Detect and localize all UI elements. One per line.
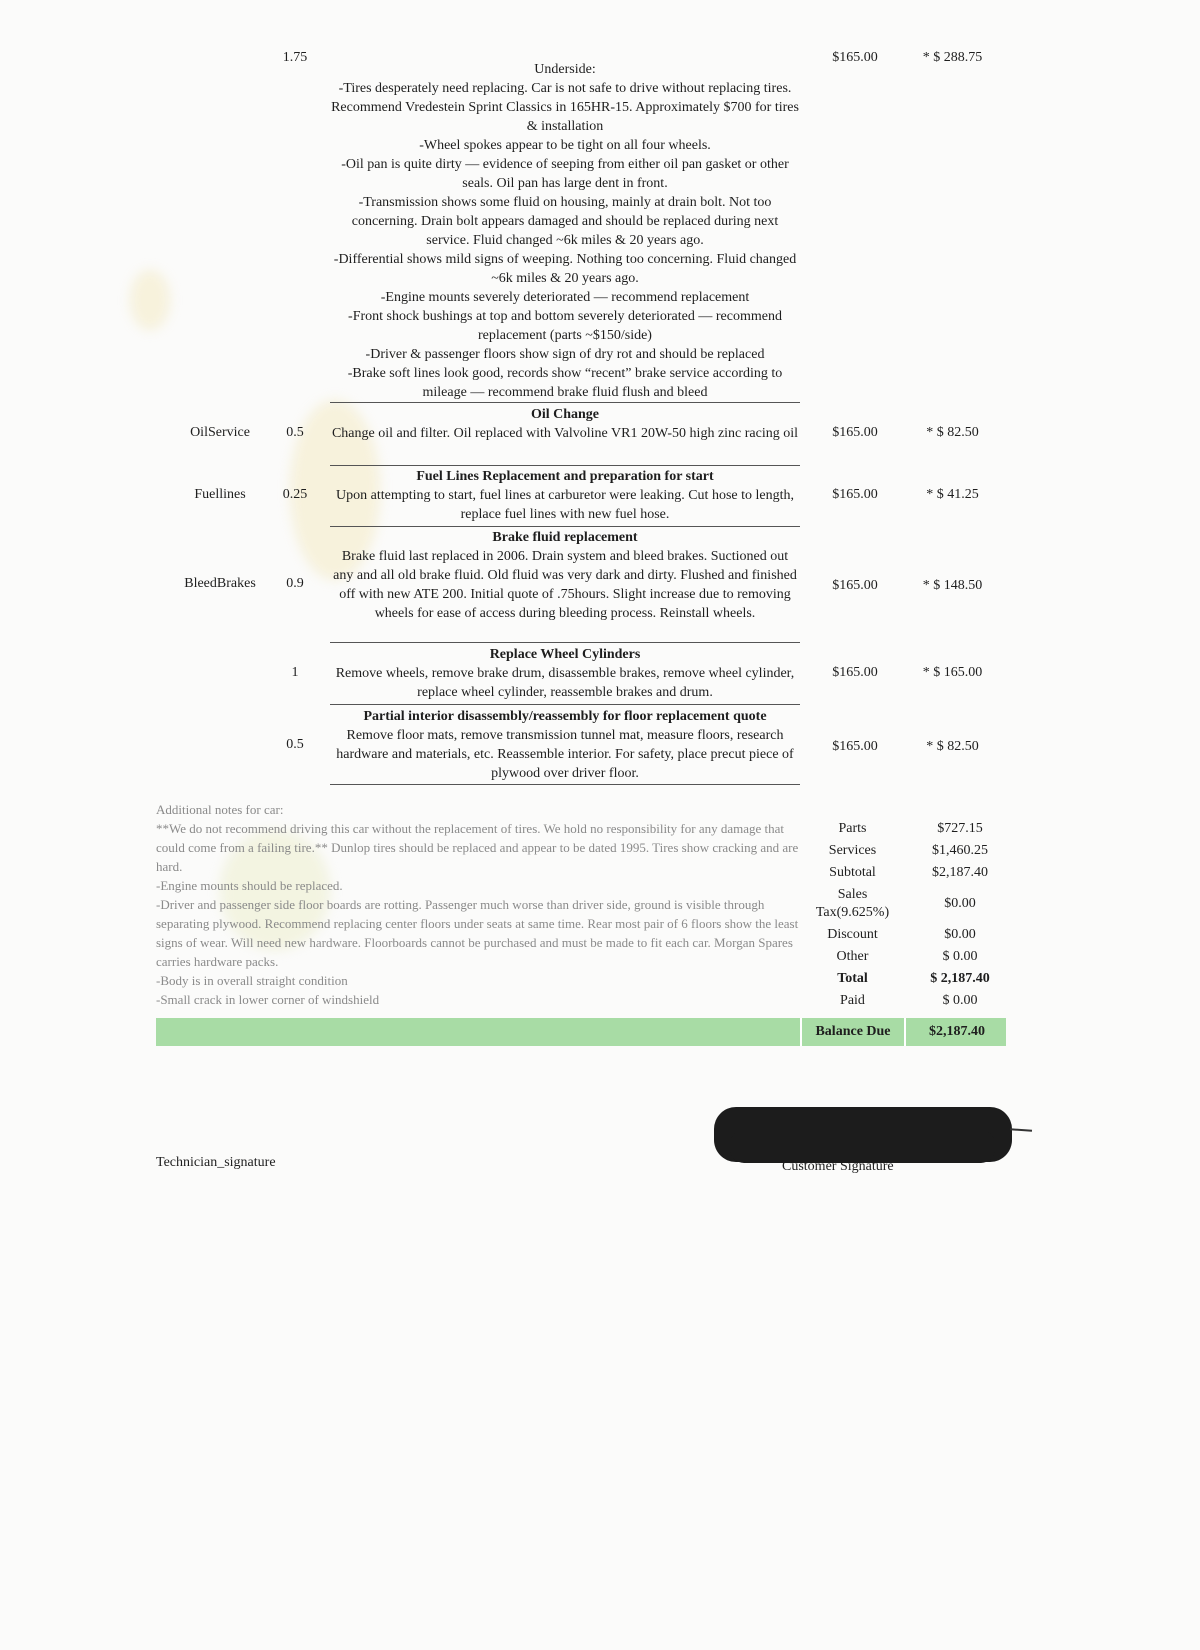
redaction-mark — [1010, 1128, 1032, 1132]
item-rate: $165.00 — [810, 487, 900, 503]
balance-due-label: Balance Due — [800, 1018, 904, 1046]
parts-label: Parts — [800, 821, 905, 837]
desc-line: -Engine mounts severely deteriorated — r… — [330, 288, 800, 307]
item-amount: * $ 165.00 — [905, 665, 1000, 681]
stain — [130, 270, 170, 330]
balance-due-value: $2,187.40 — [904, 1018, 1008, 1046]
desc-line: -Brake soft lines look good, records sho… — [330, 364, 800, 402]
item-title: Brake fluid replacement — [330, 528, 800, 547]
divider — [330, 642, 800, 643]
technician-signature-label: Technician_signature — [156, 1155, 276, 1171]
note-line: -Engine mounts should be replaced. — [156, 876, 806, 895]
item-description: Brake fluid replacement Brake fluid last… — [330, 528, 800, 623]
item-amount: * $ 82.50 — [905, 425, 1000, 441]
desc-line: -Transmission shows some fluid on housin… — [330, 193, 800, 250]
item-rate: $165.00 — [810, 425, 900, 441]
item-description: Oil Change Change oil and filter. Oil re… — [330, 405, 800, 443]
item-hours: 0.25 — [270, 487, 320, 503]
totals-row-paid: Paid $ 0.00 — [800, 990, 1015, 1012]
item-hours: 0.5 — [270, 425, 320, 441]
item-code: BleedBrakes — [160, 576, 280, 592]
item-hours: 0.5 — [270, 737, 320, 753]
desc-line: Brake fluid last replaced in 2006. Drain… — [330, 547, 800, 623]
item-amount: * $ 288.75 — [905, 50, 1000, 66]
note-line: -Small crack in lower corner of windshie… — [156, 990, 806, 1009]
note-line: -Driver and passenger side floor boards … — [156, 895, 806, 971]
total-label: Total — [800, 971, 905, 987]
desc-line: -Front shock bushings at top and bottom … — [330, 307, 800, 345]
item-description: Fuel Lines Replacement and preparation f… — [330, 467, 800, 524]
item-hours: 1.75 — [270, 50, 320, 66]
item-description: Partial interior disassembly/reassembly … — [330, 707, 800, 783]
totals-row-subtotal: Subtotal $2,187.40 — [800, 862, 1015, 884]
desc-line: Upon attempting to start, fuel lines at … — [330, 486, 800, 524]
item-title: Replace Wheel Cylinders — [330, 645, 800, 664]
item-amount: * $ 82.50 — [905, 739, 1000, 755]
note-line: -Body is in overall straight condition — [156, 971, 806, 990]
other-label: Other — [800, 949, 905, 965]
desc-line: Change oil and filter. Oil replaced with… — [330, 424, 800, 443]
item-title: Fuel Lines Replacement and preparation f… — [330, 467, 800, 486]
desc-line: Remove wheels, remove brake drum, disass… — [330, 664, 800, 702]
totals-row-tax: Sales Tax(9.625%) $0.00 — [800, 884, 1015, 924]
tax-value: $0.00 — [905, 895, 1015, 913]
divider — [330, 402, 800, 403]
parts-value: $727.15 — [905, 821, 1015, 837]
totals-table: Parts $727.15 Services $1,460.25 Subtota… — [800, 818, 1015, 1012]
tax-label-line: Sales — [800, 886, 905, 904]
desc-line: -Differential shows mild signs of weepin… — [330, 250, 800, 288]
redaction-mark — [730, 1130, 995, 1163]
subtotal-value: $2,187.40 — [905, 865, 1015, 881]
additional-notes: Additional notes for car: **We do not re… — [156, 800, 806, 1009]
other-value: $ 0.00 — [905, 949, 1015, 965]
note-line: **We do not recommend driving this car w… — [156, 819, 806, 876]
item-amount: * $ 41.25 — [905, 487, 1000, 503]
divider — [330, 704, 800, 705]
item-hours: 0.9 — [270, 576, 320, 592]
desc-line: -Tires desperately need replacing. Car i… — [330, 79, 800, 136]
item-rate: $165.00 — [810, 578, 900, 594]
subtotal-label: Subtotal — [800, 865, 905, 881]
item-amount: * $ 148.50 — [905, 578, 1000, 594]
desc-line: Underside: — [330, 60, 800, 79]
desc-line: -Driver & passenger floors show sign of … — [330, 345, 800, 364]
discount-label: Discount — [800, 927, 905, 943]
tax-label-line: Tax(9.625%) — [800, 904, 905, 922]
divider — [330, 465, 800, 466]
totals-row-discount: Discount $0.00 — [800, 924, 1015, 946]
totals-row-services: Services $1,460.25 — [800, 840, 1015, 862]
item-title: Partial interior disassembly/reassembly … — [330, 707, 800, 726]
desc-line: -Oil pan is quite dirty — evidence of se… — [330, 155, 800, 193]
item-code: OilService — [160, 425, 280, 441]
divider — [330, 526, 800, 527]
desc-line: -Wheel spokes appear to be tight on all … — [330, 136, 800, 155]
item-hours: 1 — [270, 665, 320, 681]
tax-label: Sales Tax(9.625%) — [800, 886, 905, 922]
services-label: Services — [800, 843, 905, 859]
notes-heading: Additional notes for car: — [156, 800, 806, 819]
desc-line: Remove floor mats, remove transmission t… — [330, 726, 800, 783]
item-rate: $165.00 — [810, 665, 900, 681]
totals-row-total: Total $ 2,187.40 — [800, 968, 1015, 990]
totals-row-other: Other $ 0.00 — [800, 946, 1015, 968]
totals-row-parts: Parts $727.15 — [800, 818, 1015, 840]
item-code: Fuellines — [160, 487, 280, 503]
item-title: Oil Change — [330, 405, 800, 424]
item-rate: $165.00 — [810, 50, 900, 66]
item-description: Replace Wheel Cylinders Remove wheels, r… — [330, 645, 800, 702]
total-value: $ 2,187.40 — [905, 971, 1015, 987]
paid-label: Paid — [800, 993, 905, 1009]
divider — [330, 784, 800, 785]
discount-value: $0.00 — [905, 927, 1015, 943]
services-value: $1,460.25 — [905, 843, 1015, 859]
paid-value: $ 0.00 — [905, 993, 1015, 1009]
item-rate: $165.00 — [810, 739, 900, 755]
item-description: Underside: -Tires desperately need repla… — [330, 60, 800, 402]
